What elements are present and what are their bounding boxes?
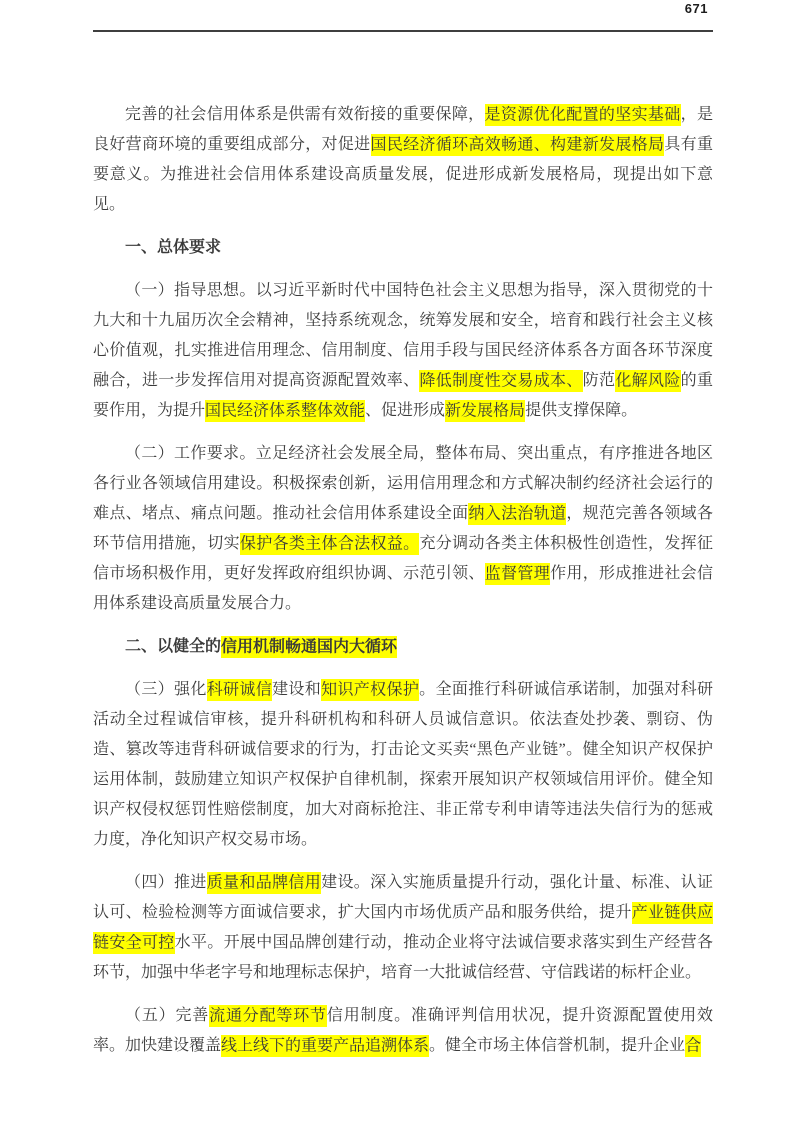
text-run: 一、总体要求 [125, 239, 221, 256]
text-run: 建设和 [272, 681, 321, 698]
text-run: （三）强化 [125, 681, 207, 698]
text-run: 。全面推行科研诚信承诺制，加强对科研活动全过程诚信审核，提升科研机构和科研人员诚… [93, 681, 713, 848]
highlighted-text: 合 [685, 1035, 701, 1057]
highlighted-text: 新发展格局 [445, 400, 525, 422]
text-run: 水平。开展中国品牌创建行动，推动企业将守法诚信要求落实到生产经营各环节，加强中华… [93, 934, 713, 981]
highlighted-text: 流通分配等环节 [209, 1005, 327, 1027]
highlighted-text: 国民经济循环高效畅通、构建新发展格局 [371, 134, 665, 156]
highlighted-text: 降低制度性交易成本、 [419, 370, 582, 392]
text-run: 防范 [583, 372, 616, 389]
highlighted-text: 信用机制畅通国内大循环 [221, 636, 397, 658]
header-rule [93, 30, 713, 32]
text-run: 完善的社会信用体系是供需有效衔接的重要保障， [125, 106, 485, 123]
text-run: 、促进形成 [365, 402, 445, 419]
section-heading: 二、以健全的信用机制畅通国内大循环 [93, 632, 713, 662]
section-heading: 一、总体要求 [93, 233, 713, 263]
page-number: 671 [685, 1, 708, 16]
highlighted-text: 纳入法治轨道 [468, 503, 566, 525]
text-run: 二、以健全的 [125, 638, 221, 655]
paragraph: （一）指导思想。以习近平新时代中国特色社会主义思想为指导，深入贯彻党的十九大和十… [93, 276, 713, 426]
highlighted-text: 科研诚信 [207, 679, 272, 701]
paragraph: （五）完善流通分配等环节信用制度。准确评判信用状况，提升资源配置使用效率。加快建… [93, 1001, 713, 1061]
text-run: （五）完善 [125, 1007, 209, 1024]
paragraph: （三）强化科研诚信建设和知识产权保护。全面推行科研诚信承诺制，加强对科研活动全过… [93, 675, 713, 855]
text-run: 提供支撑保障。 [525, 402, 637, 419]
highlighted-text: 质量和品牌信用 [207, 872, 321, 894]
text-run: 。健全市场主体信誉机制，提升企业 [429, 1037, 685, 1054]
highlighted-text: 化解风险 [615, 370, 680, 392]
document-body: 完善的社会信用体系是供需有效衔接的重要保障，是资源优化配置的坚实基础，是良好营商… [93, 100, 713, 1074]
document-page: 671 完善的社会信用体系是供需有效衔接的重要保障，是资源优化配置的坚实基础，是… [0, 0, 793, 1122]
highlighted-text: 是资源优化配置的坚实基础 [485, 104, 681, 126]
highlighted-text: 保护各类主体合法权益。 [240, 533, 420, 555]
highlighted-text: 监督管理 [485, 563, 550, 585]
highlighted-text: 知识产权保护 [321, 679, 419, 701]
highlighted-text: 国民经济体系整体效能 [205, 400, 365, 422]
paragraph: （二）工作要求。立足经济社会发展全局，整体布局、突出重点，有序推进各地区各行业各… [93, 439, 713, 619]
paragraph: （四）推进质量和品牌信用建设。深入实施质量提升行动，强化计量、标准、认证认可、检… [93, 868, 713, 988]
text-run: （四）推进 [125, 874, 207, 891]
paragraph: 完善的社会信用体系是供需有效衔接的重要保障，是资源优化配置的坚实基础，是良好营商… [93, 100, 713, 220]
highlighted-text: 线上线下的重要产品追溯体系 [221, 1035, 429, 1057]
